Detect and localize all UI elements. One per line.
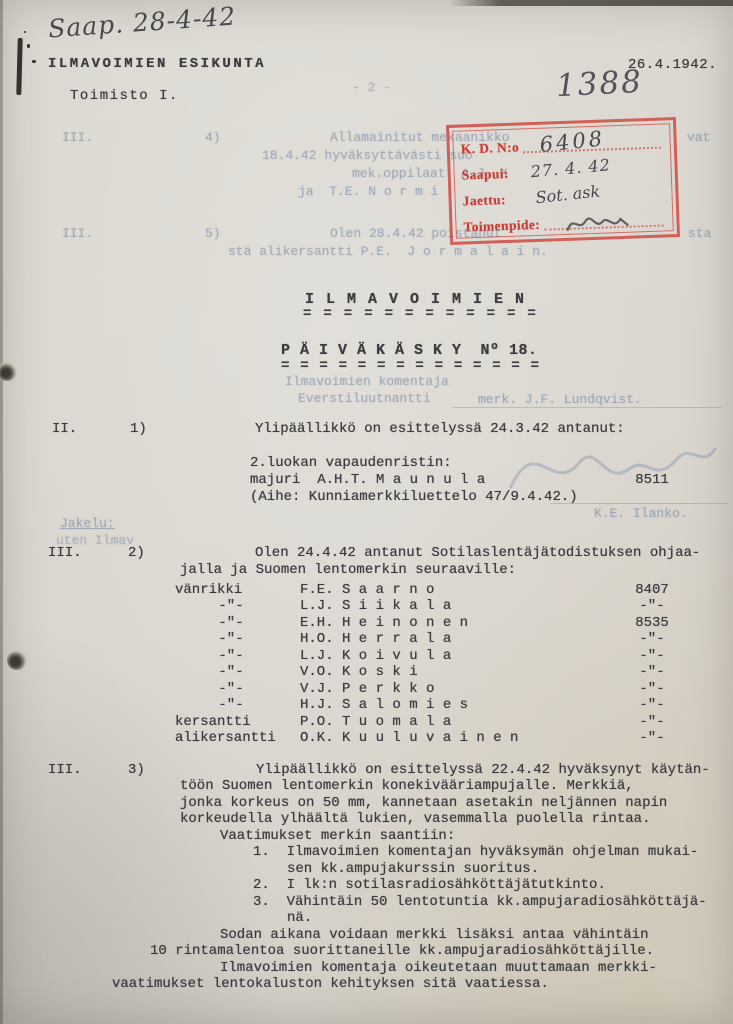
ghost-text-fragment: vat: [687, 130, 710, 146]
roster-rank: -"-: [175, 648, 287, 665]
ghost-signature-underline: [452, 393, 722, 408]
list-item-line: nä.: [287, 910, 312, 927]
ghost-page-number: - 2 -: [352, 80, 391, 96]
recipient-line: majuri A.H.T. M a u n u l a: [250, 472, 485, 489]
ghost-item-number: 5): [205, 226, 221, 242]
section-text-line: Vaatimukset merkin saantiin:: [220, 828, 455, 845]
roster-name: O.K. K u u l u v a i n e n: [300, 730, 518, 747]
section-roman: III.: [48, 762, 82, 779]
roster-name: E.H. H e i n o n e n: [300, 615, 468, 632]
roster-row: kersantti P.O. T u o m a l a -"-: [0, 714, 733, 731]
section-text-line: korkeudella ylhäältä lukien, vasemmalla …: [180, 811, 650, 828]
ink-dot: [24, 31, 26, 33]
section-text-line: jonka korkeus on 50 mm, kannetaan asetak…: [180, 795, 667, 812]
roster-rank: -"-: [175, 615, 287, 632]
roster-row: -"- E.H. H e i n o n e n 8535: [0, 615, 733, 632]
ink-mark: [16, 38, 22, 95]
roster-number: -"-: [628, 697, 676, 714]
stamp-inner-border: K. D. N:o Saapui: Jaettu: Toimenpide: 64…: [452, 123, 674, 239]
roster-rank: -"-: [175, 697, 287, 714]
roster-number: 8535: [628, 615, 676, 632]
roster-number: 8407: [628, 582, 676, 599]
roster-rank: -"-: [175, 598, 287, 615]
award-line: 2.luokan vapaudenristin:: [250, 455, 452, 472]
signature-scribble: [564, 210, 631, 238]
ghost-commander-rank: Everstiluutnantti: [298, 391, 431, 407]
ghost-text-line: ja T.E. N o r m i .: [298, 184, 454, 200]
section-item-number: 1): [130, 421, 147, 438]
stamp-field-label: Saapui:: [461, 166, 509, 184]
ink-dot: [27, 44, 30, 48]
registry-stamp: K. D. N:o Saapui: Jaettu: Toimenpide: 64…: [446, 117, 680, 245]
roster-row: -"- V.J. P e r k k o -"-: [0, 681, 733, 698]
handwritten-received-note: Saap. 28-4-42: [47, 1, 237, 43]
list-item-line: sen kk.ampujakurssin suoritus.: [287, 861, 539, 878]
section-text-line: 10 rintamalentoa suorittaneille kk.ampuj…: [150, 943, 654, 960]
document-title-line2: P Ä I V Ä K Ä S K Y Nº 18.: [281, 342, 538, 359]
stamp-field-label: Toimenpide:: [463, 217, 540, 236]
roster-rank: -"-: [175, 681, 287, 698]
roster-number: -"-: [628, 598, 676, 615]
roster-row: vänrikki F.E. S a a r n o 8407: [0, 582, 733, 599]
title-underline-1: = = = = = = = = = = = =: [303, 306, 538, 323]
ghost-clerk-line: [550, 490, 728, 504]
roster-row: -"- V.O. K o s k i -"-: [0, 664, 733, 681]
section-text-line: jalla ja Suomen lentomerkin seuraaville:: [180, 562, 516, 579]
roster-number: -"-: [628, 681, 676, 698]
roster-name: L.J. S i i k a l a: [300, 598, 451, 615]
roster-number: -"-: [628, 664, 676, 681]
roster-name: V.J. P e r k k o: [300, 681, 434, 698]
section-item-number: 2): [128, 545, 145, 562]
stamp-field-label: Jaettu:: [462, 192, 506, 210]
roster-name: H.O. H e r r a l a: [300, 631, 451, 648]
roster-number: -"-: [628, 730, 676, 747]
stamp-field-label: K. D. N:o: [461, 140, 520, 158]
roster-row: -"- H.O. H e r r a l a -"-: [0, 631, 733, 648]
roster-number: -"-: [628, 714, 676, 731]
ghost-text-line: 18.4.42 hyväksyttävästi suo: [262, 148, 473, 164]
roster-name: L.J. K o i v u l a: [300, 648, 451, 665]
section-item-number: 3): [128, 762, 145, 779]
roster-rank: -"-: [175, 664, 287, 681]
roster-rank: alikersantti: [175, 730, 287, 747]
scan-edge-left: [0, 0, 3, 1024]
section-roman: II.: [52, 421, 77, 438]
section-text-line: Ylipäällikkö on esittelyssä 22.4.42 hyvä…: [256, 762, 710, 779]
ink-dot: [32, 60, 36, 63]
title-underline-2: = = = = = = = = = = = = = =: [281, 358, 540, 375]
roster-name: H.J. S a l o m i e s: [300, 697, 468, 714]
list-item-line: 1. Ilmavoimien komentajan hyväksymän ohj…: [253, 844, 698, 861]
roster-name: P.O. T u o m a l a: [300, 714, 451, 731]
roster-row: -"- L.J. S i i k a l a -"-: [0, 598, 733, 615]
ghost-distribution-label: Jakelu:: [60, 516, 115, 532]
section-text-line: vaatimukset lentokaluston kehityksen sit…: [112, 976, 549, 993]
ghost-section-roman: III.: [62, 130, 93, 146]
section-text-line: Sodan aikana voidaan merkki lisäksi anta…: [220, 927, 648, 944]
section-text-line: töön Suomen lentomerkin konekivääriampuj…: [180, 778, 634, 795]
ghost-clerk-name: K.E. Ilanko.: [594, 506, 688, 522]
ghost-commander-title: Ilmavoimien komentaja: [285, 374, 449, 390]
document-page: Saap. 28-4-42 ILMAVOIMIEN ESIKUNTA 26.4.…: [0, 0, 733, 1024]
roster-rank: vänrikki: [175, 582, 287, 599]
section-text-line: Olen 24.4.42 antanut Sotilaslentäjätodis…: [255, 545, 700, 562]
roster-number: -"-: [628, 631, 676, 648]
handwritten-number: 1388: [555, 64, 644, 104]
list-item-line: 2. I lk:n sotilasradiosähköttäjätutkinto…: [253, 877, 606, 894]
ghost-text-line: stä alikersantti P.E. J o r m a l a i n.: [228, 244, 548, 260]
roster-row: alikersantti O.K. K u u l u v a i n e n …: [0, 730, 733, 747]
roster-number: -"-: [628, 648, 676, 665]
ghost-text-fragment: sta: [688, 226, 711, 242]
punch-hole-top: [0, 362, 17, 381]
scan-edge-top: [448, 0, 733, 6]
ghost-item-number: 4): [205, 130, 221, 146]
list-item-line: 3. Vähintäin 50 lentotuntia kk.ampujarad…: [253, 894, 707, 911]
section-roman: III.: [48, 545, 82, 562]
org-name: ILMAVOIMIEN ESIKUNTA: [48, 56, 266, 73]
roster-rank: kersantti: [175, 714, 287, 731]
roster-rank: -"-: [175, 631, 287, 648]
ghost-section-roman: III.: [62, 226, 93, 242]
office-name: Toimisto I.: [70, 88, 179, 105]
roster-name: F.E. S a a r n o: [300, 582, 434, 599]
roster-name: V.O. K o s k i: [300, 664, 418, 681]
roster-row: -"- L.J. K o i v u l a -"-: [0, 648, 733, 665]
section-text-line: Ilmavoimien komentaja oikeutetaan muutta…: [220, 960, 657, 977]
roster-row: -"- H.J. S a l o m i e s -"-: [0, 697, 733, 714]
